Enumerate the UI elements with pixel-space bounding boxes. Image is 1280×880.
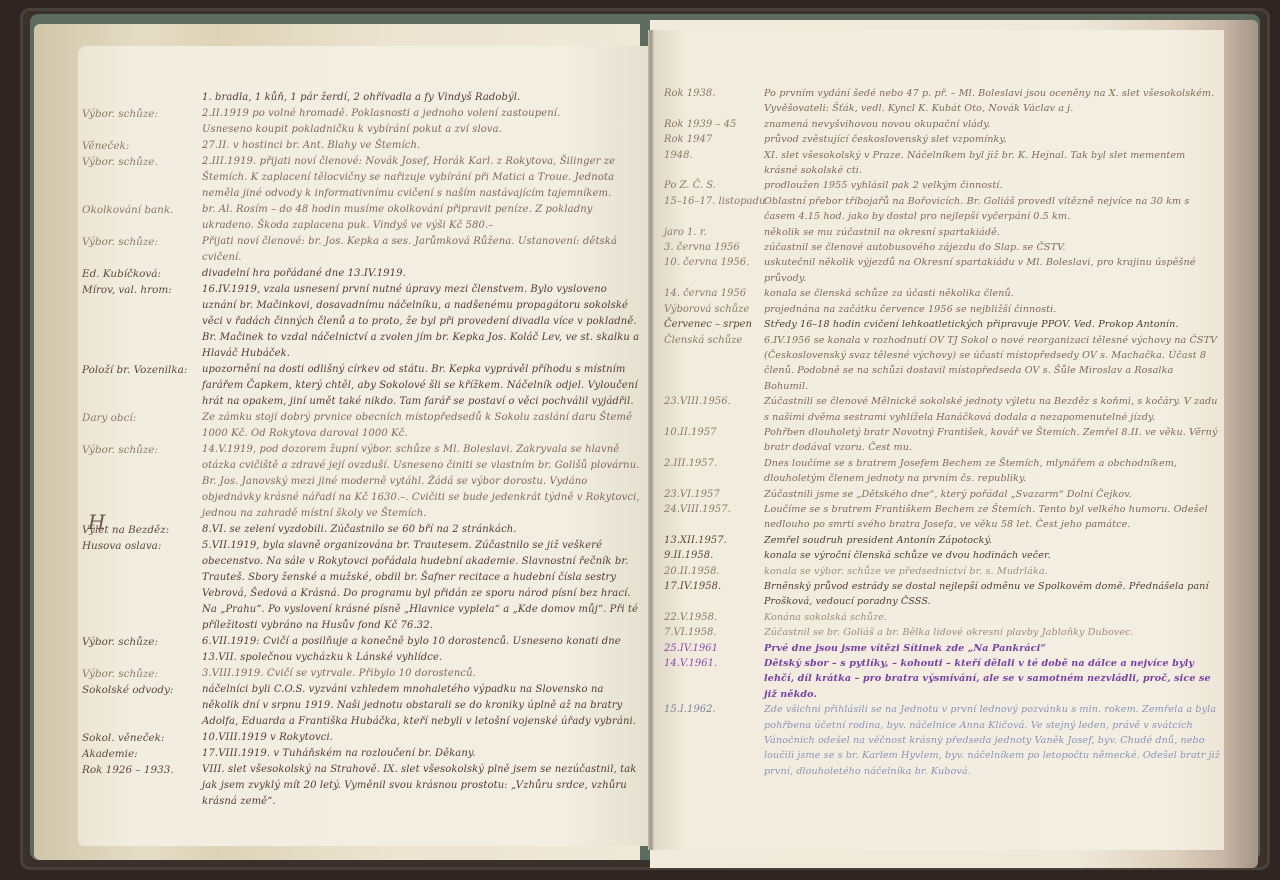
chronicle-entry: 24.VIII.1957.Loučíme se s bratrem Franti…: [664, 502, 1220, 533]
left-page-entries: 1. bradla, 1 kůň, 1 pár žerdí, 2 ohřívad…: [80, 90, 640, 810]
entry-text: 3.VIII.1919. Cvičí se vytrvale. Přibylo …: [202, 666, 640, 682]
entry-label: 23.VIII.1956.: [664, 394, 764, 409]
entry-text: průvod zvěstující československý slet vz…: [764, 132, 1220, 147]
entry-label: Rok 1926 – 1933.: [80, 762, 202, 778]
chronicle-entry: 14.V.1961.Dětský sbor – s pytlíky, – koh…: [664, 656, 1220, 702]
entry-label: Po Z. Č. S.: [664, 178, 764, 193]
entry-text: zúčastnil se členové autobusového zájezd…: [764, 240, 1220, 255]
chronicle-entry: 23.VI.1957Zúčastnili jsme se „Dětského d…: [664, 487, 1220, 502]
entry-text: prodloužen 1955 vyhlásil pak 2 velkým či…: [764, 178, 1220, 193]
entry-text: Zúčastnili se členové Mělnické sokolské …: [764, 394, 1220, 425]
entry-label: Výbor. schůze:: [80, 634, 202, 650]
chronicle-entry: Výbor. schůze:6.VII.1919: Cvičí a posilň…: [80, 634, 640, 666]
chronicle-entry: 15–16–17. listopaduOblastní přebor tříbo…: [664, 194, 1220, 225]
entry-label: Sokol. věneček:: [80, 730, 202, 746]
entry-text: 14.V.1919, pod dozorem župní výbor. schů…: [202, 442, 640, 522]
entry-label: 9.II.1958.: [664, 548, 764, 563]
entry-text: 6.IV.1956 se konala v rozhodnutí OV TJ S…: [764, 333, 1220, 395]
chronicle-entry: 23.VIII.1956.Zúčastnili se členové Mělni…: [664, 394, 1220, 425]
chronicle-entry: 10.II.1957Pohřben dlouholetý bratr Novot…: [664, 425, 1220, 456]
entry-text: Dětský sbor – s pytlíky, – kohouti – kte…: [764, 656, 1220, 702]
chronicle-entry: Výlet na Bezděz:8.VI. se zelení vyzdobil…: [80, 522, 640, 538]
entry-text: 2.III.1919. přijati noví členové: Novák …: [202, 154, 640, 202]
chronicle-entry: Věneček:27.II. v hostinci br. Ant. Blahy…: [80, 138, 640, 154]
entry-label: Sokolské odvody:: [80, 682, 202, 698]
chronicle-entry: 25.IV.1961Prvé dne jsou jsme vítězi Síti…: [664, 641, 1220, 656]
entry-label: 2.III.1957.: [664, 456, 764, 471]
entry-label: 15.I.1962.: [664, 702, 764, 717]
entry-text: XI. slet všesokolský v Praze. Náčelníkem…: [764, 148, 1220, 179]
chronicle-entry: 9.II.1958.konala se výroční členská schů…: [664, 548, 1220, 563]
chronicle-entry: 2.III.1957.Dnes loučíme se s bratrem Jos…: [664, 456, 1220, 487]
entry-text: uskutečnil několik výjezdů na Okresní sp…: [764, 255, 1220, 286]
entry-text: znamená nevyšvihovou novou okupační vlád…: [764, 117, 1220, 132]
entry-label: Výbor. schůze:: [80, 442, 202, 458]
entry-text: konala se výbor. schůze ve předsednictví…: [764, 564, 1220, 579]
entry-text: Dnes loučíme se s bratrem Josefem Bechem…: [764, 456, 1220, 487]
chronicle-entry: 22.V.1958.Konána sokolská schůze.: [664, 610, 1220, 625]
entry-text: upozornění na dosti odlišný církev od st…: [202, 362, 640, 410]
entry-label: Mírov, val. hrom:: [80, 282, 202, 298]
entry-label: 10. června 1956.: [664, 255, 764, 270]
chronicle-entry: Výbor. schůze:2.II.1919 po volné hromadě…: [80, 106, 640, 122]
entry-label: 13.XII.1957.: [664, 533, 764, 548]
entry-text: 17.VIII.1919. v Tuháňském na rozloučení …: [202, 746, 640, 762]
chronicle-entry: Po Z. Č. S.prodloužen 1955 vyhlásil pak …: [664, 178, 1220, 193]
entry-text: Ze zámku stojí dobrý prvnice obecních mí…: [202, 410, 640, 442]
chronicle-entry: Sokolské odvody:náčelníci byli C.O.S. vy…: [80, 682, 640, 730]
entry-label: Výlet na Bezděz:: [80, 522, 202, 538]
chronicle-entry: Výborová schůzeprojednána na začátku čer…: [664, 302, 1220, 317]
chronicle-entry: Dary obcí:Ze zámku stojí dobrý prvnice o…: [80, 410, 640, 442]
chronicle-entry: Ed. Kubíčková:divadelní hra pořádané dne…: [80, 266, 640, 282]
entry-text: 16.IV.1919, vzala usnesení první nutné ú…: [202, 282, 640, 362]
entry-label: Rok 1939 – 45: [664, 117, 764, 132]
chronicle-entry: Položí br. Vozenilka:upozornění na dosti…: [80, 362, 640, 410]
entry-text: 5.VII.1919, byla slavně organizována br.…: [202, 538, 640, 634]
entry-text: projednána na začátku července 1956 se n…: [764, 302, 1220, 317]
entry-label: 17.IV.1958.: [664, 579, 764, 594]
entry-text: 2.II.1919 po volné hromadě. Poklasnosti …: [202, 106, 640, 122]
entry-label: 7.VI.1958.: [664, 625, 764, 640]
chronicle-entry: 17.IV.1958.Brněnský průvod estrády se do…: [664, 579, 1220, 610]
chronicle-entry: Rok 1939 – 45znamená nevyšvihovou novou …: [664, 117, 1220, 132]
entry-label: Položí br. Vozenilka:: [80, 362, 202, 378]
chronicle-entry: 1948.XI. slet všesokolský v Praze. Náčel…: [664, 148, 1220, 179]
entry-label: 23.VI.1957: [664, 487, 764, 502]
entry-text: Usneseno koupit pokladničku k vybírání p…: [202, 122, 640, 138]
entry-text: Loučíme se s bratrem Františkem Bechem z…: [764, 502, 1220, 533]
entry-label: Výbor. schůze:: [80, 106, 202, 122]
entry-label: Dary obcí:: [80, 410, 202, 426]
entry-label: Výborová schůze: [664, 302, 764, 317]
chronicle-entry: jaro 1. r.několik se mu zúčastnil na okr…: [664, 225, 1220, 240]
entry-label: Výbor. schůze.: [80, 154, 202, 170]
chronicle-entry: Husova oslava:5.VII.1919, byla slavně or…: [80, 538, 640, 634]
entry-text: Brněnský průvod estrády se dostal nejlep…: [764, 579, 1220, 610]
chronicle-entry: 1. bradla, 1 kůň, 1 pár žerdí, 2 ohřívad…: [80, 90, 640, 106]
entry-label: 15–16–17. listopadu: [664, 194, 764, 209]
entry-label: 3. června 1956: [664, 240, 764, 255]
entry-label: 24.VIII.1957.: [664, 502, 764, 517]
entry-label: 1948.: [664, 148, 764, 163]
entry-label: Členská schůze: [664, 333, 764, 348]
entry-text: několik se mu zúčastnil na okresní spart…: [764, 225, 1220, 240]
entry-text: divadelní hra pořádané dne 13.IV.1919.: [202, 266, 640, 282]
entry-label: jaro 1. r.: [664, 225, 764, 240]
entry-text: Konána sokolská schůze.: [764, 610, 1220, 625]
chronicle-entry: Mírov, val. hrom:16.IV.1919, vzala usnes…: [80, 282, 640, 362]
chronicle-entry: Červenec – srpenStředy 16–18 hodin cviče…: [664, 317, 1220, 332]
entry-label: Ed. Kubíčková:: [80, 266, 202, 282]
entry-text: Po prvním vydání šedé nebo 47 p. př. – M…: [764, 86, 1220, 117]
entry-label: Husova oslava:: [80, 538, 202, 554]
entry-text: Zúčastnil se br. Goliáš a br. Bělka lido…: [764, 625, 1220, 640]
chronicle-entry: 20.II.1958.konala se výbor. schůze ve př…: [664, 564, 1220, 579]
book-gutter: [648, 30, 654, 850]
entry-label: Okolkování bank.: [80, 202, 202, 218]
entry-label: 25.IV.1961: [664, 641, 764, 656]
chronicle-entry: Rok 1938.Po prvním vydání šedé nebo 47 p…: [664, 86, 1220, 117]
entry-text: Zúčastnili jsme se „Dětského dne“, který…: [764, 487, 1220, 502]
chronicle-entry: 3. června 1956zúčastnil se členové autob…: [664, 240, 1220, 255]
entry-text: náčelníci byli C.O.S. vyzváni vzhledem m…: [202, 682, 640, 730]
chronicle-entry: 14. června 1956konala se členská schůze …: [664, 286, 1220, 301]
entry-text: 8.VI. se zelení vyzdobili. Zúčastnilo se…: [202, 522, 640, 538]
chronicle-entry: Výbor. schůze.2.III.1919. přijati noví č…: [80, 154, 640, 202]
entry-text: 1. bradla, 1 kůň, 1 pár žerdí, 2 ohřívad…: [202, 90, 640, 106]
entry-text: Oblastní přebor tříbojařů na Bořovicích.…: [764, 194, 1220, 225]
entry-label: 20.II.1958.: [664, 564, 764, 579]
entry-label: 10.II.1957: [664, 425, 764, 440]
entry-text: Přijati noví členové: br. Jos. Kepka a s…: [202, 234, 640, 266]
chronicle-entry: Členská schůze6.IV.1956 se konala v rozh…: [664, 333, 1220, 395]
chronicle-entry: 7.VI.1958.Zúčastnil se br. Goliáš a br. …: [664, 625, 1220, 640]
chronicle-entry: Rok 1947průvod zvěstující československý…: [664, 132, 1220, 147]
entry-label: Červenec – srpen: [664, 317, 764, 332]
entry-text: Prvé dne jsou jsme vítězi Sítinek zde „N…: [764, 641, 1220, 656]
chronicle-entry: Sokol. věneček:10.VIII.1919 v Rokytovci.: [80, 730, 640, 746]
chronicle-entry: 15.I.1962.Zde všichni přihlásili se na J…: [664, 702, 1220, 779]
entry-label: Rok 1947: [664, 132, 764, 147]
entry-text: 10.VIII.1919 v Rokytovci.: [202, 730, 640, 746]
entry-text: Zde všichni přihlásili se na Jednotu v p…: [764, 702, 1220, 779]
entry-text: Pohřben dlouholetý bratr Novotný Františ…: [764, 425, 1220, 456]
entry-label: Věneček:: [80, 138, 202, 154]
entry-text: 6.VII.1919: Cvičí a posilňuje a konečně …: [202, 634, 640, 666]
entry-text: 27.II. v hostinci br. Ant. Blahy ve Štem…: [202, 138, 640, 154]
chronicle-entry: Výbor. schůze:3.VIII.1919. Cvičí se vytr…: [80, 666, 640, 682]
entry-label: Výbor. schůze:: [80, 234, 202, 250]
chronicle-entry: 13.XII.1957.Zemřel soudruh president Ant…: [664, 533, 1220, 548]
entry-label: 14. června 1956: [664, 286, 764, 301]
chronicle-entry: Výbor. schůze:Přijati noví členové: br. …: [80, 234, 640, 266]
entry-label: Rok 1938.: [664, 86, 764, 101]
chronicle-entry: Akademie:17.VIII.1919. v Tuháňském na ro…: [80, 746, 640, 762]
chronicle-entry: Usneseno koupit pokladničku k vybírání p…: [80, 122, 640, 138]
chronicle-entry: Okolkování bank.br. Al. Rosím – do 48 ho…: [80, 202, 640, 234]
entry-text: konala se výroční členská schůze ve dvou…: [764, 548, 1220, 563]
entry-text: VIII. slet všesokolský na Strahově. IX. …: [202, 762, 640, 810]
entry-text: Zemřel soudruh president Antonín Zápotoc…: [764, 533, 1220, 548]
entry-text: Středy 16–18 hodin cvičení lehkoatletick…: [764, 317, 1220, 332]
chronicle-entry: Rok 1926 – 1933.VIII. slet všesokolský n…: [80, 762, 640, 810]
entry-label: Akademie:: [80, 746, 202, 762]
entry-text: br. Al. Rosím – do 48 hodin musíme okolk…: [202, 202, 640, 234]
chronicle-entry: Výbor. schůze:14.V.1919, pod dozorem žup…: [80, 442, 640, 522]
chronicle-entry: 10. června 1956.uskutečnil několik výjez…: [664, 255, 1220, 286]
entry-label: 22.V.1958.: [664, 610, 764, 625]
entry-text: konala se členská schůze za účasti někol…: [764, 286, 1220, 301]
entry-label: Výbor. schůze:: [80, 666, 202, 682]
right-page-entries: Rok 1938.Po prvním vydání šedé nebo 47 p…: [664, 86, 1220, 779]
entry-label: 14.V.1961.: [664, 656, 764, 671]
